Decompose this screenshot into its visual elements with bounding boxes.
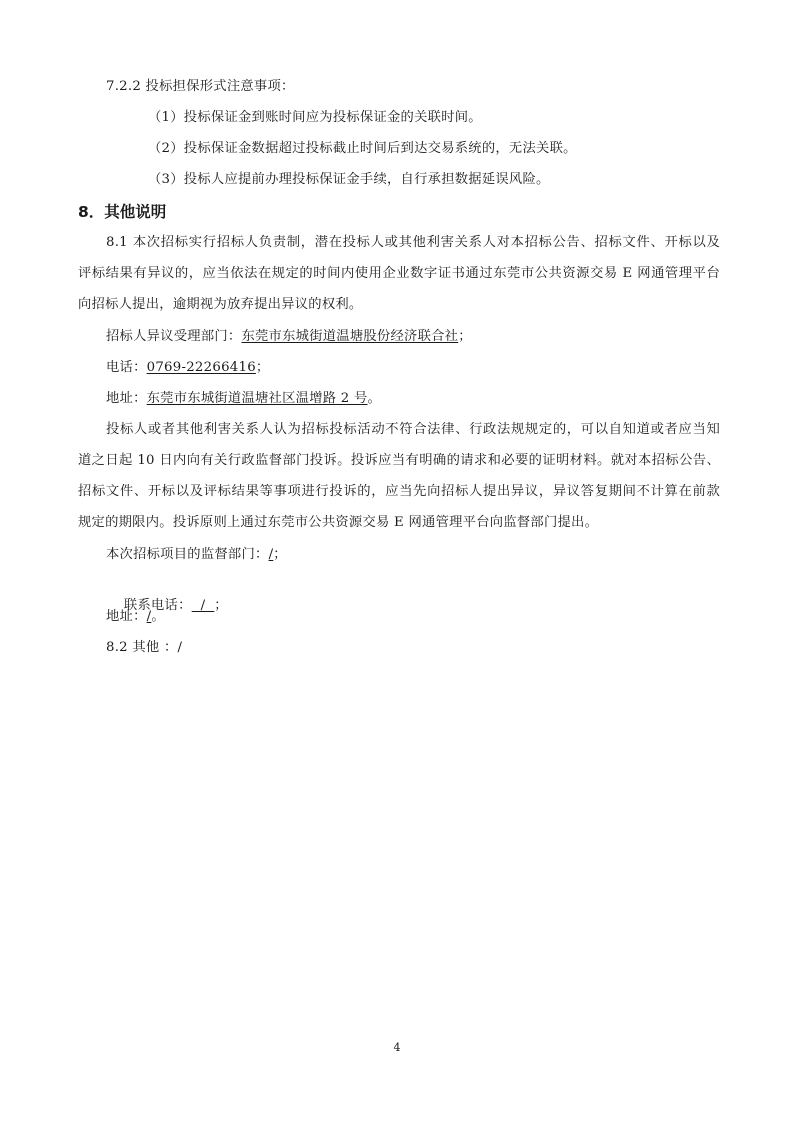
- paragraph-8-1-line: 评标结果有异议的，应当依法在规定的时间内使用企业数字证书通过东莞市公共资源交易 …: [78, 264, 720, 284]
- section-heading-8: 8．其他说明: [78, 201, 166, 223]
- punctuation: ；: [458, 329, 472, 344]
- objection-phone-label: 电话：: [106, 360, 147, 375]
- punctuation: ；: [256, 360, 270, 375]
- objection-dept-label: 招标人异议受理部门：: [106, 329, 241, 344]
- objection-dept-row: 招标人异议受理部门：东莞市东城街道温塘股份经济联合社；: [106, 327, 748, 347]
- subheading-7-2-2: 7.2.2 投标担保形式注意事项：: [106, 77, 748, 97]
- paragraph-8-1-line: 8.1 本次招标实行招标人负责制，潜在投标人或其他利害关系人对本招标公告、招标文…: [106, 233, 720, 253]
- paragraph-complaint-line: 投标人或者其他利害关系人认为招标投标活动不符合法律、行政法规规定的，可以自知道或…: [106, 420, 720, 440]
- paragraph-complaint-line: 规定的期限内。投诉原则上通过东莞市公共资源交易 E 网通管理平台向监督部门提出。: [78, 513, 720, 533]
- page-number: 4: [390, 1041, 404, 1054]
- objection-dept-value: 东莞市东城街道温塘股份经济联合社: [241, 329, 458, 344]
- objection-address-value: 东莞市东城街道温塘社区温增路 2 号: [147, 391, 368, 406]
- section-8-2-other: 8.2 其他 ：/: [106, 638, 748, 658]
- punctuation: ；: [273, 547, 287, 562]
- supervision-address-label: 地址：: [106, 609, 147, 624]
- punctuation: 。: [368, 391, 382, 406]
- objection-phone-row: 电话：0769-22266416；: [106, 358, 748, 378]
- punctuation: 。: [151, 609, 165, 624]
- paragraph-8-1-line: 向招标人提出，逾期视为放弃提出异议的权利。: [78, 295, 720, 315]
- list-item: （2）投标保证金数据超过投标截止时间后到达交易系统的，无法关联。: [148, 139, 790, 159]
- supervision-address-row: 地址：/。: [106, 607, 748, 627]
- list-item: （1）投标保证金到账时间应为投标保证金的关联时间。: [148, 108, 790, 128]
- objection-phone-value: 0769-22266416: [147, 360, 256, 375]
- paragraph-complaint-line: 道之日起 10 日内向有关行政监督部门投诉。投诉应当有明确的请求和必要的证明材料…: [78, 451, 720, 471]
- document-page: 7.2.2 投标担保形式注意事项： （1）投标保证金到账时间应为投标保证金的关联…: [0, 0, 794, 1123]
- paragraph-complaint-line: 招标文件、开标以及评标结果等事项进行投诉的，应当先向招标人提出异议，异议答复期间…: [78, 482, 720, 502]
- objection-address-row: 地址：东莞市东城街道温塘社区温增路 2 号。: [106, 389, 748, 409]
- objection-address-label: 地址：: [106, 391, 147, 406]
- supervision-phone-row: 联系电话： / ；: [106, 576, 748, 636]
- supervision-dept-row: 本次招标项目的监督部门：/；: [106, 545, 748, 565]
- supervision-dept-label: 本次招标项目的监督部门：: [106, 547, 269, 562]
- list-item: （3）投标人应提前办理投标保证金手续，自行承担数据延误风险。: [148, 170, 790, 190]
